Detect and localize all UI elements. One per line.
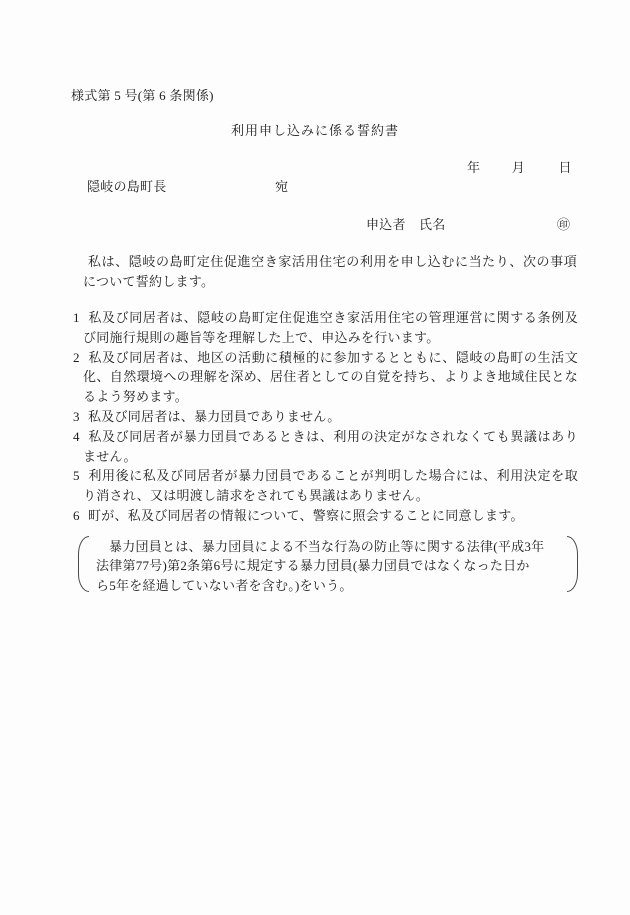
note-box: 暴力団員とは、暴力団員による不当な行為の防止等に関する法律(平成3年 法律第77…: [78, 536, 578, 594]
applicant-label: 申込者 氏名: [366, 214, 446, 233]
note-bracket-left-icon: [78, 536, 89, 592]
clause-number: 2: [73, 348, 88, 368]
note-bracket-right-icon: [567, 536, 578, 592]
clause-text: 利用後に私及び同居者が暴力団員であることが判明した場合には、利用決定を取り消され…: [83, 468, 578, 503]
clause-list: 1私及び同居者は、隠岐の島町定住促進空き家活用住宅の管理運営に関する条例及び同施…: [73, 308, 578, 526]
day-label: 日: [559, 160, 572, 175]
note-line: 暴力団員とは、暴力団員による不当な行為の防止等に関する法律(平成3年: [96, 537, 558, 556]
year-label: 年: [467, 160, 480, 175]
clause-item: 4私及び同居者が暴力団員であるときは、利用の決定がなされなくても異議はありません…: [73, 427, 578, 467]
clause-item: 3私及び同居者は、暴力団員でありません。: [73, 407, 578, 427]
clause-item: 2私及び同居者は、地区の活動に積極的に参加するとともに、隠岐の島町の生活文化、自…: [73, 348, 578, 407]
intro-paragraph: 私は、隠岐の島町定住促進空き家活用住宅の利用を申し込むに当たり、次の事項について…: [83, 252, 577, 292]
clause-number: 5: [73, 466, 88, 486]
note-text: 暴力団員とは、暴力団員による不当な行為の防止等に関する法律(平成3年 法律第77…: [96, 537, 558, 595]
clause-number: 4: [73, 427, 88, 447]
form-number: 様式第 5 号(第 6 条関係): [71, 85, 214, 104]
clause-text: 町が、私及び同居者の情報について、警察に照会することに同意します。: [88, 508, 524, 523]
clause-text: 私及び同居者は、暴力団員でありません。: [88, 409, 341, 424]
month-label: 月: [512, 160, 525, 175]
seal-mark-icon: ㊞: [557, 214, 570, 233]
addressee-suffix: 宛: [275, 176, 288, 195]
note-line: 法律第77号)第2条第6号に規定する暴力団員(暴力団員ではなくなった日か: [96, 556, 558, 575]
date-line: 年 月 日: [467, 157, 572, 176]
document-title: 利用申し込みに係る誓約書: [0, 120, 630, 139]
pledge-form-page: 様式第 5 号(第 6 条関係) 利用申し込みに係る誓約書 年 月 日 隠岐の島…: [0, 0, 630, 915]
clause-item: 6町が、私及び同居者の情報について、警察に照会することに同意します。: [73, 506, 578, 526]
clause-item: 5利用後に私及び同居者が暴力団員であることが判明した場合には、利用決定を取り消さ…: [73, 466, 578, 506]
clause-number: 6: [73, 506, 88, 526]
clause-text: 私及び同居者が暴力団員であるときは、利用の決定がなされなくても異議はありません。: [83, 429, 578, 464]
clause-number: 3: [73, 407, 88, 427]
clause-number: 1: [73, 308, 88, 328]
clause-text: 私及び同居者は、地区の活動に積極的に参加するとともに、隠岐の島町の生活文化、自然…: [83, 350, 578, 405]
clause-item: 1私及び同居者は、隠岐の島町定住促進空き家活用住宅の管理運営に関する条例及び同施…: [73, 308, 578, 348]
note-line: ら5年を経過していない者を含む。)をいう。: [96, 576, 558, 595]
clause-text: 私及び同居者は、隠岐の島町定住促進空き家活用住宅の管理運営に関する条例及び同施行…: [83, 310, 578, 345]
addressee-line: 隠岐の島町長 宛: [87, 176, 487, 194]
applicant-line: 申込者 氏名 ㊞: [0, 214, 630, 232]
addressee-name: 隠岐の島町長: [87, 179, 167, 194]
